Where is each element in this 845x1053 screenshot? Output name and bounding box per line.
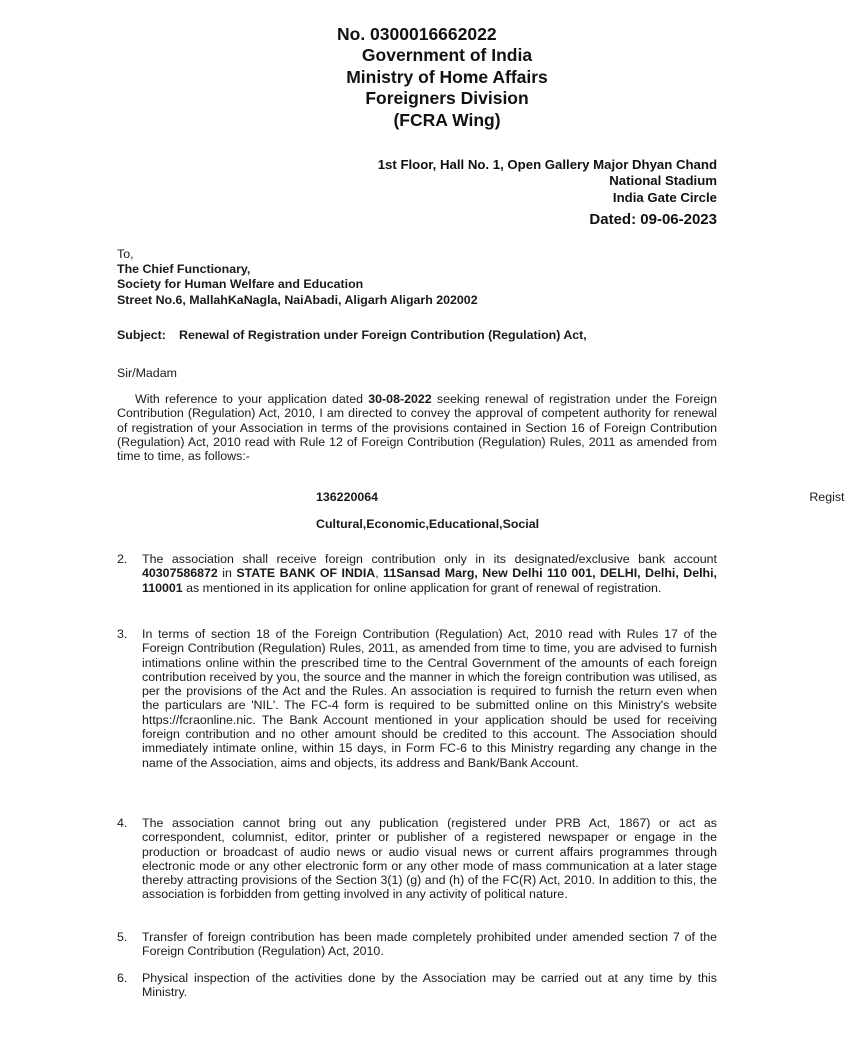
clause-text: In terms of section 18 of the Foreign Co… xyxy=(142,627,717,770)
registration-number-value: 136220064 xyxy=(316,490,378,504)
address-line: 1st Floor, Hall No. 1, Open Gallery Majo… xyxy=(378,157,717,173)
intro-paragraph: With reference to your application dated… xyxy=(117,392,717,463)
subject-text: Renewal of Registration under Foreign Co… xyxy=(179,328,587,342)
to-label: To, xyxy=(117,247,478,262)
letterhead-division: Foreigners Division xyxy=(337,88,557,110)
bank-account-number: 40307586872 xyxy=(142,566,218,580)
address-line: India Gate Circle xyxy=(378,190,717,206)
clause-number: 4. xyxy=(117,816,127,830)
clause-number: 6. xyxy=(117,971,127,985)
letter-date: Dated: 09-06-2023 xyxy=(589,211,717,228)
recipient-address: Street No.6, MallahKaNagla, NaiAbadi, Al… xyxy=(117,293,478,308)
subject-label: Subject: xyxy=(117,328,179,342)
nature-row: Nature : Cultural,Economic,Educational,S… xyxy=(0,517,620,533)
bank-name: STATE BANK OF INDIA xyxy=(236,566,375,580)
clause-text: The association cannot bring out any pub… xyxy=(142,816,717,902)
recipient-block: To, The Chief Functionary, Society for H… xyxy=(117,247,478,308)
registration-number-label: Registration Number xyxy=(809,490,845,504)
address-line: National Stadium xyxy=(378,173,717,189)
clause-text-part: , xyxy=(375,566,383,580)
clause-text-part: as mentioned in its application for onli… xyxy=(183,581,662,595)
letterhead-ministry: Ministry of Home Affairs xyxy=(337,67,557,89)
nature-value: Cultural,Economic,Educational,Social xyxy=(316,517,539,531)
clause-text-part: in xyxy=(218,566,237,580)
recipient-title: The Chief Functionary, xyxy=(117,262,478,277)
reference-number: No. 0300016662022 xyxy=(337,24,497,45)
clause-number: 5. xyxy=(117,930,127,944)
letterhead-government: Government of India xyxy=(337,45,557,67)
clause-number: 3. xyxy=(117,627,127,641)
letterhead: Government of India Ministry of Home Aff… xyxy=(337,45,557,131)
intro-text: With reference to your application dated xyxy=(135,392,368,406)
clause-6: 6. Physical inspection of the activities… xyxy=(117,971,717,1000)
clause-text-part: The association shall receive foreign co… xyxy=(142,552,717,566)
clause-5: 5. Transfer of foreign contribution has … xyxy=(117,930,717,959)
clause-text: The association shall receive foreign co… xyxy=(142,552,717,595)
salutation: Sir/Madam xyxy=(117,366,177,380)
clause-number: 2. xyxy=(117,552,127,566)
subject-line: Subject:Renewal of Registration under Fo… xyxy=(117,328,587,342)
office-address: 1st Floor, Hall No. 1, Open Gallery Majo… xyxy=(378,157,717,206)
clause-text: Physical inspection of the activities do… xyxy=(142,971,717,1000)
letter-page: No. 0300016662022 Government of India Mi… xyxy=(0,0,845,1053)
letterhead-wing: (FCRA Wing) xyxy=(337,110,557,132)
clause-3: 3. In terms of section 18 of the Foreign… xyxy=(117,627,717,770)
recipient-organization: Society for Human Welfare and Education xyxy=(117,277,478,292)
clause-2: 2. The association shall receive foreign… xyxy=(117,552,717,595)
clause-4: 4. The association cannot bring out any … xyxy=(117,816,717,902)
registration-number-row: Registration Number 136220064 xyxy=(0,490,620,506)
clause-text: Transfer of foreign contribution has bee… xyxy=(142,930,717,959)
application-date: 30-08-2022 xyxy=(368,392,431,406)
